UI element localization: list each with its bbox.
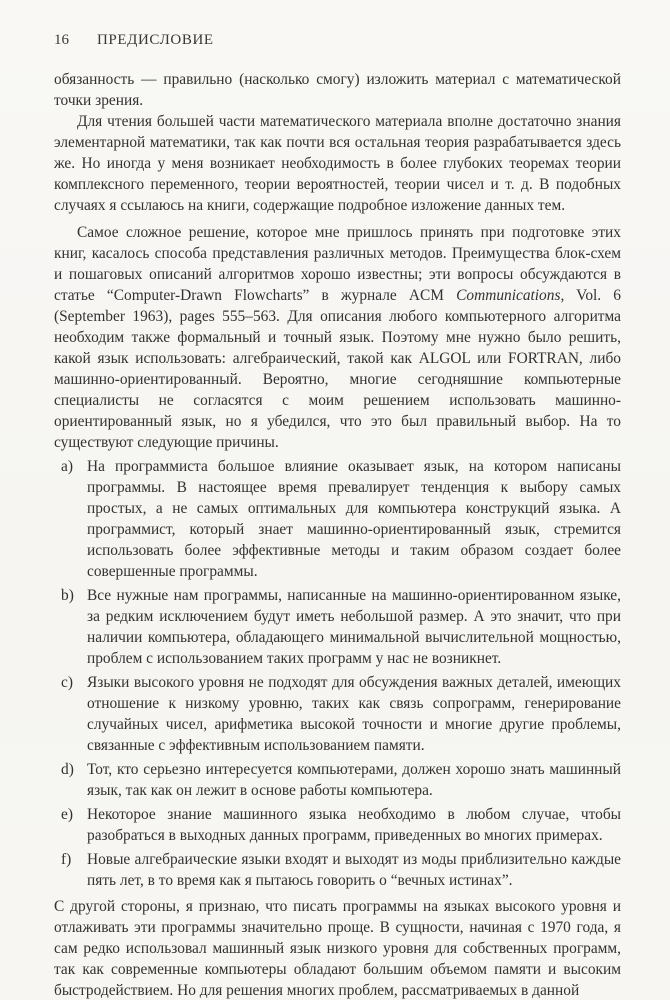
page-number: 16 <box>54 30 69 51</box>
list-item-a: a) На программиста большое влияние оказы… <box>54 456 621 582</box>
paragraph-final: С другой стороны, я признаю, что писать … <box>54 896 621 1000</box>
list-item-label: f) <box>61 849 71 870</box>
list-item-label: a) <box>61 456 73 477</box>
list-item-b: b) Все нужные нам программы, написанные … <box>54 585 621 669</box>
list-item-label: e) <box>61 804 73 825</box>
list-item-c: c) Языки высокого уровня не подходят для… <box>54 672 621 756</box>
reasons-list: a) На программиста большое влияние оказы… <box>54 456 621 891</box>
text-segment: , Vol. 6 (September 1963), pages 555–563… <box>54 287 621 451</box>
list-item-text: Все нужные нам программы, написанные на … <box>87 587 621 667</box>
book-page: 16 ПРЕДИСЛОВИЕ обязанность — правильно (… <box>0 0 670 1000</box>
list-item-f: f) Новые алгебраические языки входят и в… <box>54 849 621 891</box>
journal-name-italic: Communications <box>456 287 560 304</box>
paragraph-continuation: обязанность — правильно (насколько смогу… <box>54 69 621 111</box>
page-header: 16 ПРЕДИСЛОВИЕ <box>54 30 621 51</box>
list-item-text: Некоторое знание машинного языка необход… <box>87 806 621 844</box>
paragraph-language-decision: Самое сложное решение, которое мне пришл… <box>54 222 621 453</box>
list-item-label: b) <box>61 585 74 606</box>
paragraph-math-background: Для чтения большей части математического… <box>54 111 621 216</box>
list-item-label: d) <box>61 759 74 780</box>
list-item-e: e) Некоторое знание машинного языка необ… <box>54 804 621 846</box>
list-item-text: Языки высокого уровня не подходят для об… <box>87 674 621 754</box>
list-item-text: На программиста большое влияние оказывае… <box>87 458 621 580</box>
list-item-label: c) <box>61 672 73 693</box>
list-item-d: d) Тот, кто серьезно интересуется компью… <box>54 759 621 801</box>
list-item-text: Новые алгебраические языки входят и выхо… <box>87 851 621 889</box>
list-item-text: Тот, кто серьезно интересуется компьютер… <box>87 761 621 799</box>
running-title: ПРЕДИСЛОВИЕ <box>97 30 214 51</box>
